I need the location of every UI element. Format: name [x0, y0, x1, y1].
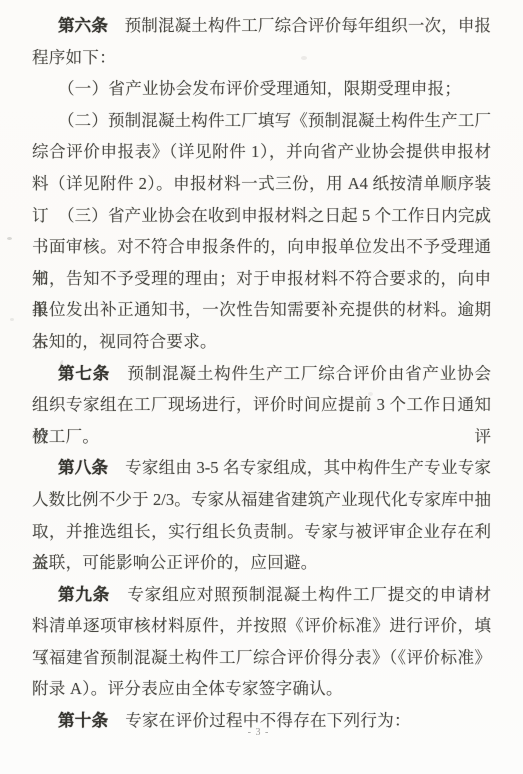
text-line: 料（详见附件 2）。申报材料一式三份，用 A4 纸按清单顺序装订； [32, 168, 491, 200]
line-text: 预制混凝土构件生产工厂综合评价由省产业协会 [110, 364, 491, 383]
text-line: 组织专家组在工厂现场进行，评价时间应提前 3 个工作日通知被评 [32, 389, 491, 421]
line-text: 预制混凝土构件工厂综合评价每年组织一次，申报 [108, 16, 491, 35]
text-line: 《福建省预制混凝土构件工厂综合评价得分表》（《评价标准》 [32, 642, 491, 674]
line-text: （二）预制混凝土构件工厂填写《预制混凝土构件生产工厂 [58, 111, 491, 130]
line-text: 专家组应对照预制混凝土构件工厂提交的申请材 [110, 585, 491, 604]
text-line: 综合评价申报表》（详见附件 1），并向省产业协会提供申报材 [32, 136, 491, 168]
line-text: 价工厂。 [32, 427, 99, 446]
article-number: 第九条 [58, 585, 110, 604]
text-line: 关联，可能影响公正评价的，应回避。 [32, 547, 491, 579]
line-text: 告知的，视同符合要求。 [32, 332, 217, 351]
line-text: 关联，可能影响公正评价的，应回避。 [32, 553, 318, 572]
scan-speck [10, 318, 14, 321]
article-number: 第八条 [58, 458, 108, 477]
line-text: 组织专家组在工厂现场进行，评价时间应提前 3 个工作日通知被评 [32, 395, 491, 446]
line-text: 人数比例不少于 2/3。专家从福建省建筑产业现代化专家库中抽 [32, 490, 491, 509]
text-line: 人数比例不少于 2/3。专家从福建省建筑产业现代化专家库中抽 [32, 484, 491, 516]
text-line: 程序如下： [32, 42, 491, 74]
article-line: 第九条 专家组应对照预制混凝土构件工厂提交的申请材 [32, 579, 491, 611]
line-text: 附录 A）。评分表应由全体专家签字确认。 [32, 679, 343, 698]
line-text: 专家组由 3-5 名专家组成，其中构件生产专业专家 [108, 458, 491, 477]
text-line: 书面审核。对不符合申报条件的，向申报单位发出不予受理通知 [32, 231, 491, 263]
text-line: 取，并推选组长，实行组长负责制。专家与被评审企业存在利益 [32, 516, 491, 548]
text-line: 料清单逐项审核材料原件，并按照《评价标准》进行评价，填写 [32, 610, 491, 642]
text-line: 单位发出补正通知书，一次性告知需要补充提供的材料。逾期未 [32, 294, 491, 326]
text-line: 附录 A）。评分表应由全体专家签字确认。 [32, 673, 491, 705]
line-text: （三）省产业协会在收到申报材料之日起 5 个工作日内完成 [58, 206, 491, 225]
line-text: 程序如下： [32, 48, 116, 67]
text-line: （二）预制混凝土构件工厂填写《预制混凝土构件生产工厂 [32, 105, 491, 137]
text-line: （一）省产业协会发布评价受理通知，限期受理申报； [32, 73, 491, 105]
article-number: 第七条 [58, 364, 110, 383]
document-body: 第六条 预制混凝土构件工厂综合评价每年组织一次，申报程序如下：（一）省产业协会发… [32, 10, 491, 737]
article-line: 第七条 预制混凝土构件生产工厂综合评价由省产业协会 [32, 358, 491, 390]
scan-speck [368, 392, 373, 396]
line-text: （一）省产业协会发布评价受理通知，限期受理申报； [58, 79, 461, 98]
article-line: 第八条 专家组由 3-5 名专家组成，其中构件生产专业专家 [32, 452, 491, 484]
line-text: 综合评价申报表》（详见附件 1），并向省产业协会提供申报材 [32, 142, 491, 161]
text-line: 书，告知不予受理的理由；对于申报材料不符合要求的，向申报 [32, 263, 491, 295]
line-text: 《福建省预制混凝土构件工厂综合评价得分表》（《评价标准》 [32, 648, 491, 667]
document-page: 第六条 预制混凝土构件工厂综合评价每年组织一次，申报程序如下：（一）省产业协会发… [0, 0, 523, 774]
scan-speck [7, 237, 12, 240]
page-number: - 3 - [0, 727, 517, 738]
article-line: 第六条 预制混凝土构件工厂综合评价每年组织一次，申报 [32, 10, 491, 42]
text-line: 告知的，视同符合要求。 [32, 326, 491, 358]
scan-speck [301, 56, 307, 60]
text-line: （三）省产业协会在收到申报材料之日起 5 个工作日内完成 [32, 200, 491, 232]
article-number: 第六条 [58, 16, 108, 35]
